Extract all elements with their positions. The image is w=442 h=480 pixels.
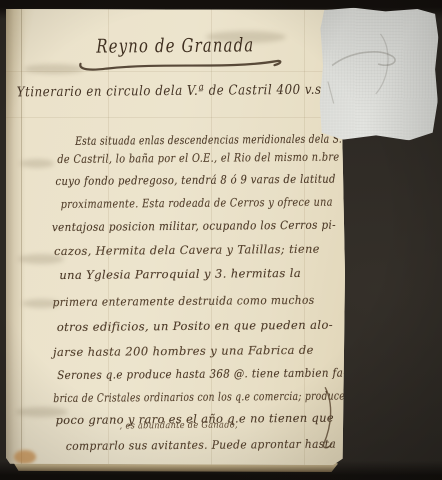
body-line: jarse hasta 200 hombres y una Fabrica de	[53, 343, 314, 359]
body-line: Esta situada enlas descendencias meridio…	[75, 132, 347, 148]
body-line: comprarlo sus avitantes. Puede aprontar …	[66, 437, 336, 453]
body-line: de Castril, lo baña por el O.E., el Rio …	[57, 150, 339, 166]
body-line: Serones q.e produce hasta 368 @. tiene t…	[57, 366, 347, 383]
body-line: primera enteramente destruida como mucho…	[53, 293, 315, 309]
itinerary-heading: Ytinerario en circulo dela V.ª de Castri…	[17, 82, 322, 101]
body-line: ventajosa posicion militar, ocupando los…	[52, 218, 336, 234]
body-line: cazos, Hermita dela Cavera y Talillas; t…	[54, 242, 320, 258]
paper-repair-patch	[319, 7, 438, 140]
body-line: cuyo fondo pedregoso, tendrá 8 ó 9 varas…	[55, 172, 335, 188]
body-line: brica de Cristales ordinarios con los q.…	[53, 389, 345, 406]
body-line: proximamente. Esta rodeada de Cerros y o…	[61, 195, 333, 211]
interlinear-insertion: , es abundante de Ganado,	[120, 420, 238, 431]
body-line: una Yglesia Parroquial y 3. hermitas la	[59, 266, 301, 282]
handwriting-layer: Reyno de Granada Ytinerario en circulo d…	[4, 8, 347, 467]
patch-faint-marks	[319, 7, 438, 140]
body-line: otros edificios, un Posito en que pueden…	[57, 318, 333, 334]
document-title: Reyno de Granada	[96, 34, 254, 57]
archive-photo-background: Reyno de Granada Ytinerario en circulo d…	[0, 0, 442, 480]
manuscript-page: Reyno de Granada Ytinerario en circulo d…	[6, 9, 345, 465]
title-underline-flourish	[76, 56, 286, 74]
pen-flourish	[307, 386, 338, 452]
